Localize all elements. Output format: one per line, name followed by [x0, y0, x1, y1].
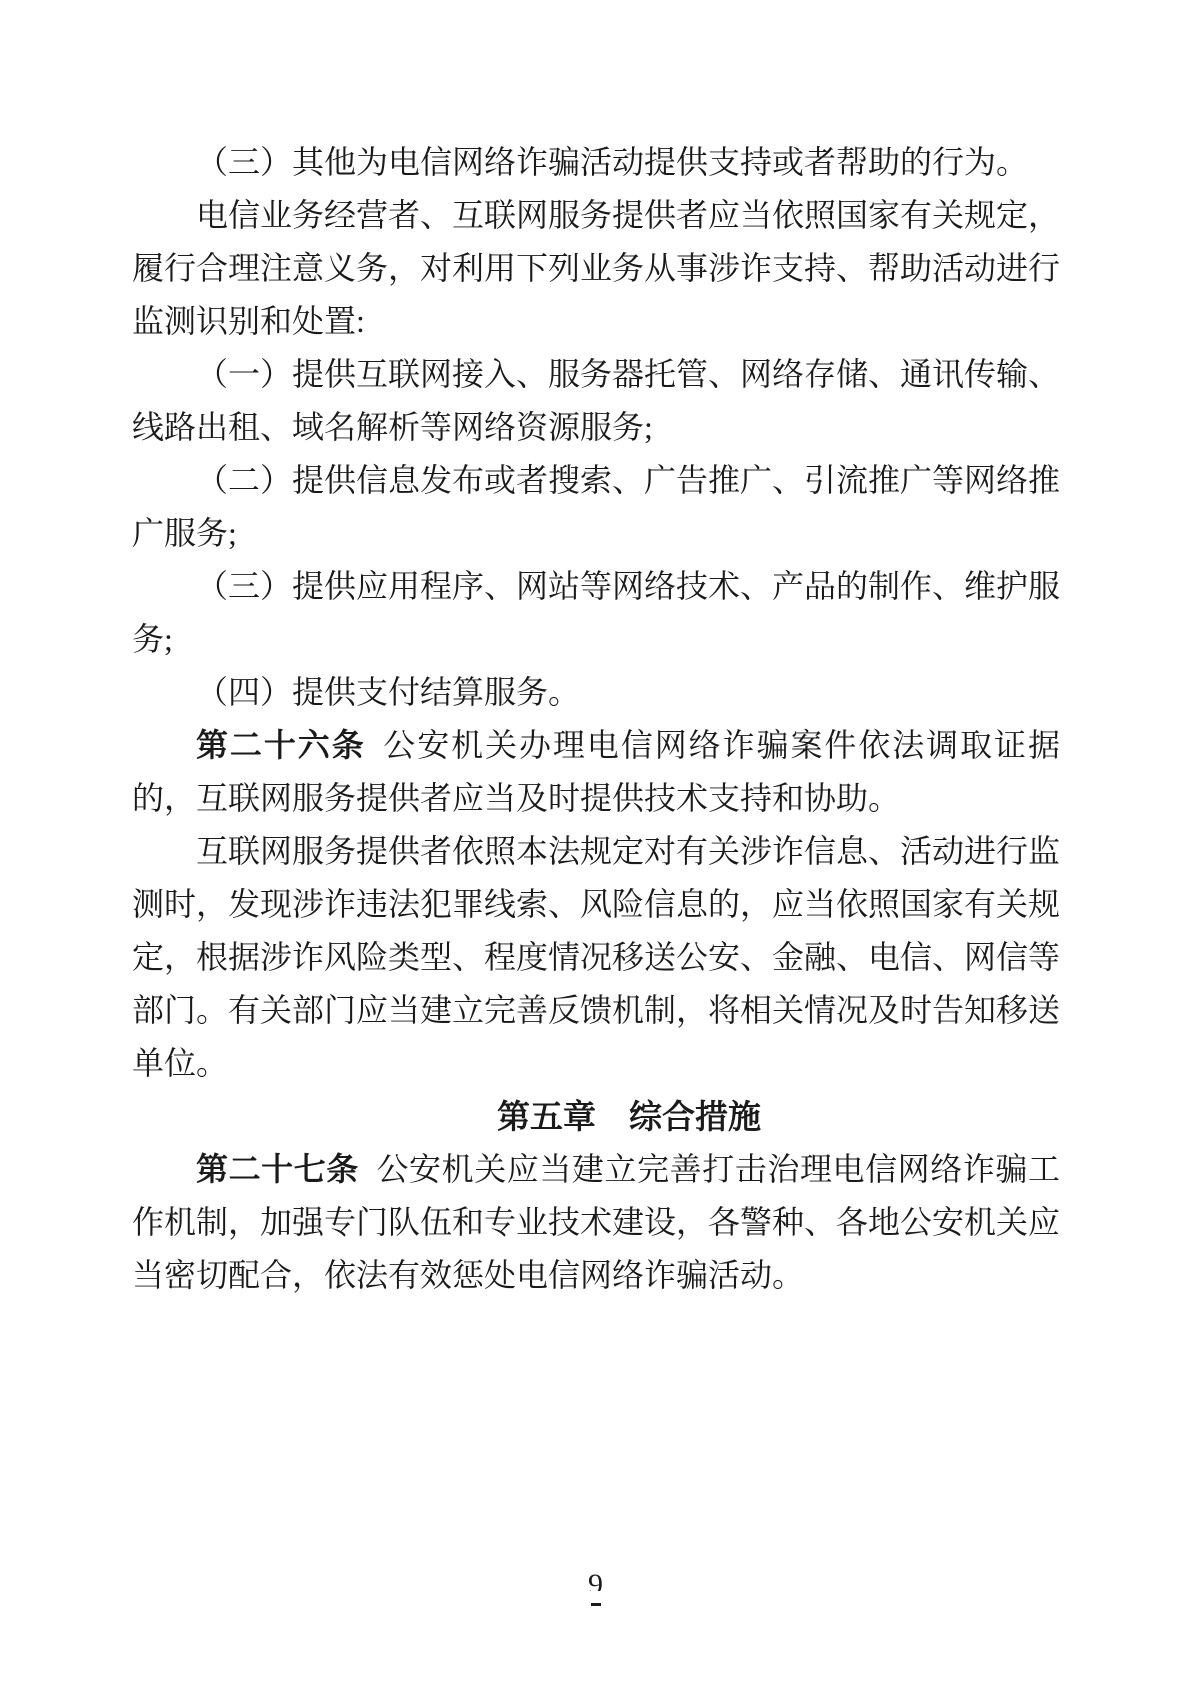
article-paragraph: 第二十六条公安机关办理电信网络诈骗案件依法调取证据的，互联网服务提供者应当及时提… [132, 719, 1060, 825]
document-body: （三）其他为电信网络诈骗活动提供支持或者帮助的行为。 电信业务经营者、互联网服务… [132, 136, 1060, 1302]
page-number: 9 [0, 1570, 1191, 1606]
page-number-clip-mark [591, 1603, 601, 1606]
paragraph: （三）其他为电信网络诈骗活动提供支持或者帮助的行为。 [132, 136, 1060, 189]
paragraph: 互联网服务提供者依照本法规定对有关涉诈信息、活动进行监测时，发现涉诈违法犯罪线索… [132, 825, 1060, 1090]
list-item-paragraph: （一）提供互联网接入、服务器托管、网络存储、通讯传输、线路出租、域名解析等网络资… [132, 348, 1060, 454]
document-page: （三）其他为电信网络诈骗活动提供支持或者帮助的行为。 电信业务经营者、互联网服务… [0, 0, 1191, 1684]
article-number: 第二十六条 [196, 727, 366, 763]
list-item-paragraph: （二）提供信息发布或者搜索、广告推广、引流推广等网络推广服务; [132, 454, 1060, 560]
list-item-paragraph: （四）提供支付结算服务。 [132, 666, 1060, 719]
paragraph: 电信业务经营者、互联网服务提供者应当依照国家有关规定，履行合理注意义务，对利用下… [132, 189, 1060, 348]
chapter-heading: 第五章 综合措施 [132, 1090, 1060, 1143]
page-number-digit: 9 [588, 1570, 603, 1591]
list-item-paragraph: （三）提供应用程序、网站等网络技术、产品的制作、维护服务; [132, 560, 1060, 666]
article-paragraph: 第二十七条公安机关应当建立完善打击治理电信网络诈骗工作机制，加强专门队伍和专业技… [132, 1143, 1060, 1302]
article-number: 第二十七条 [196, 1151, 359, 1187]
